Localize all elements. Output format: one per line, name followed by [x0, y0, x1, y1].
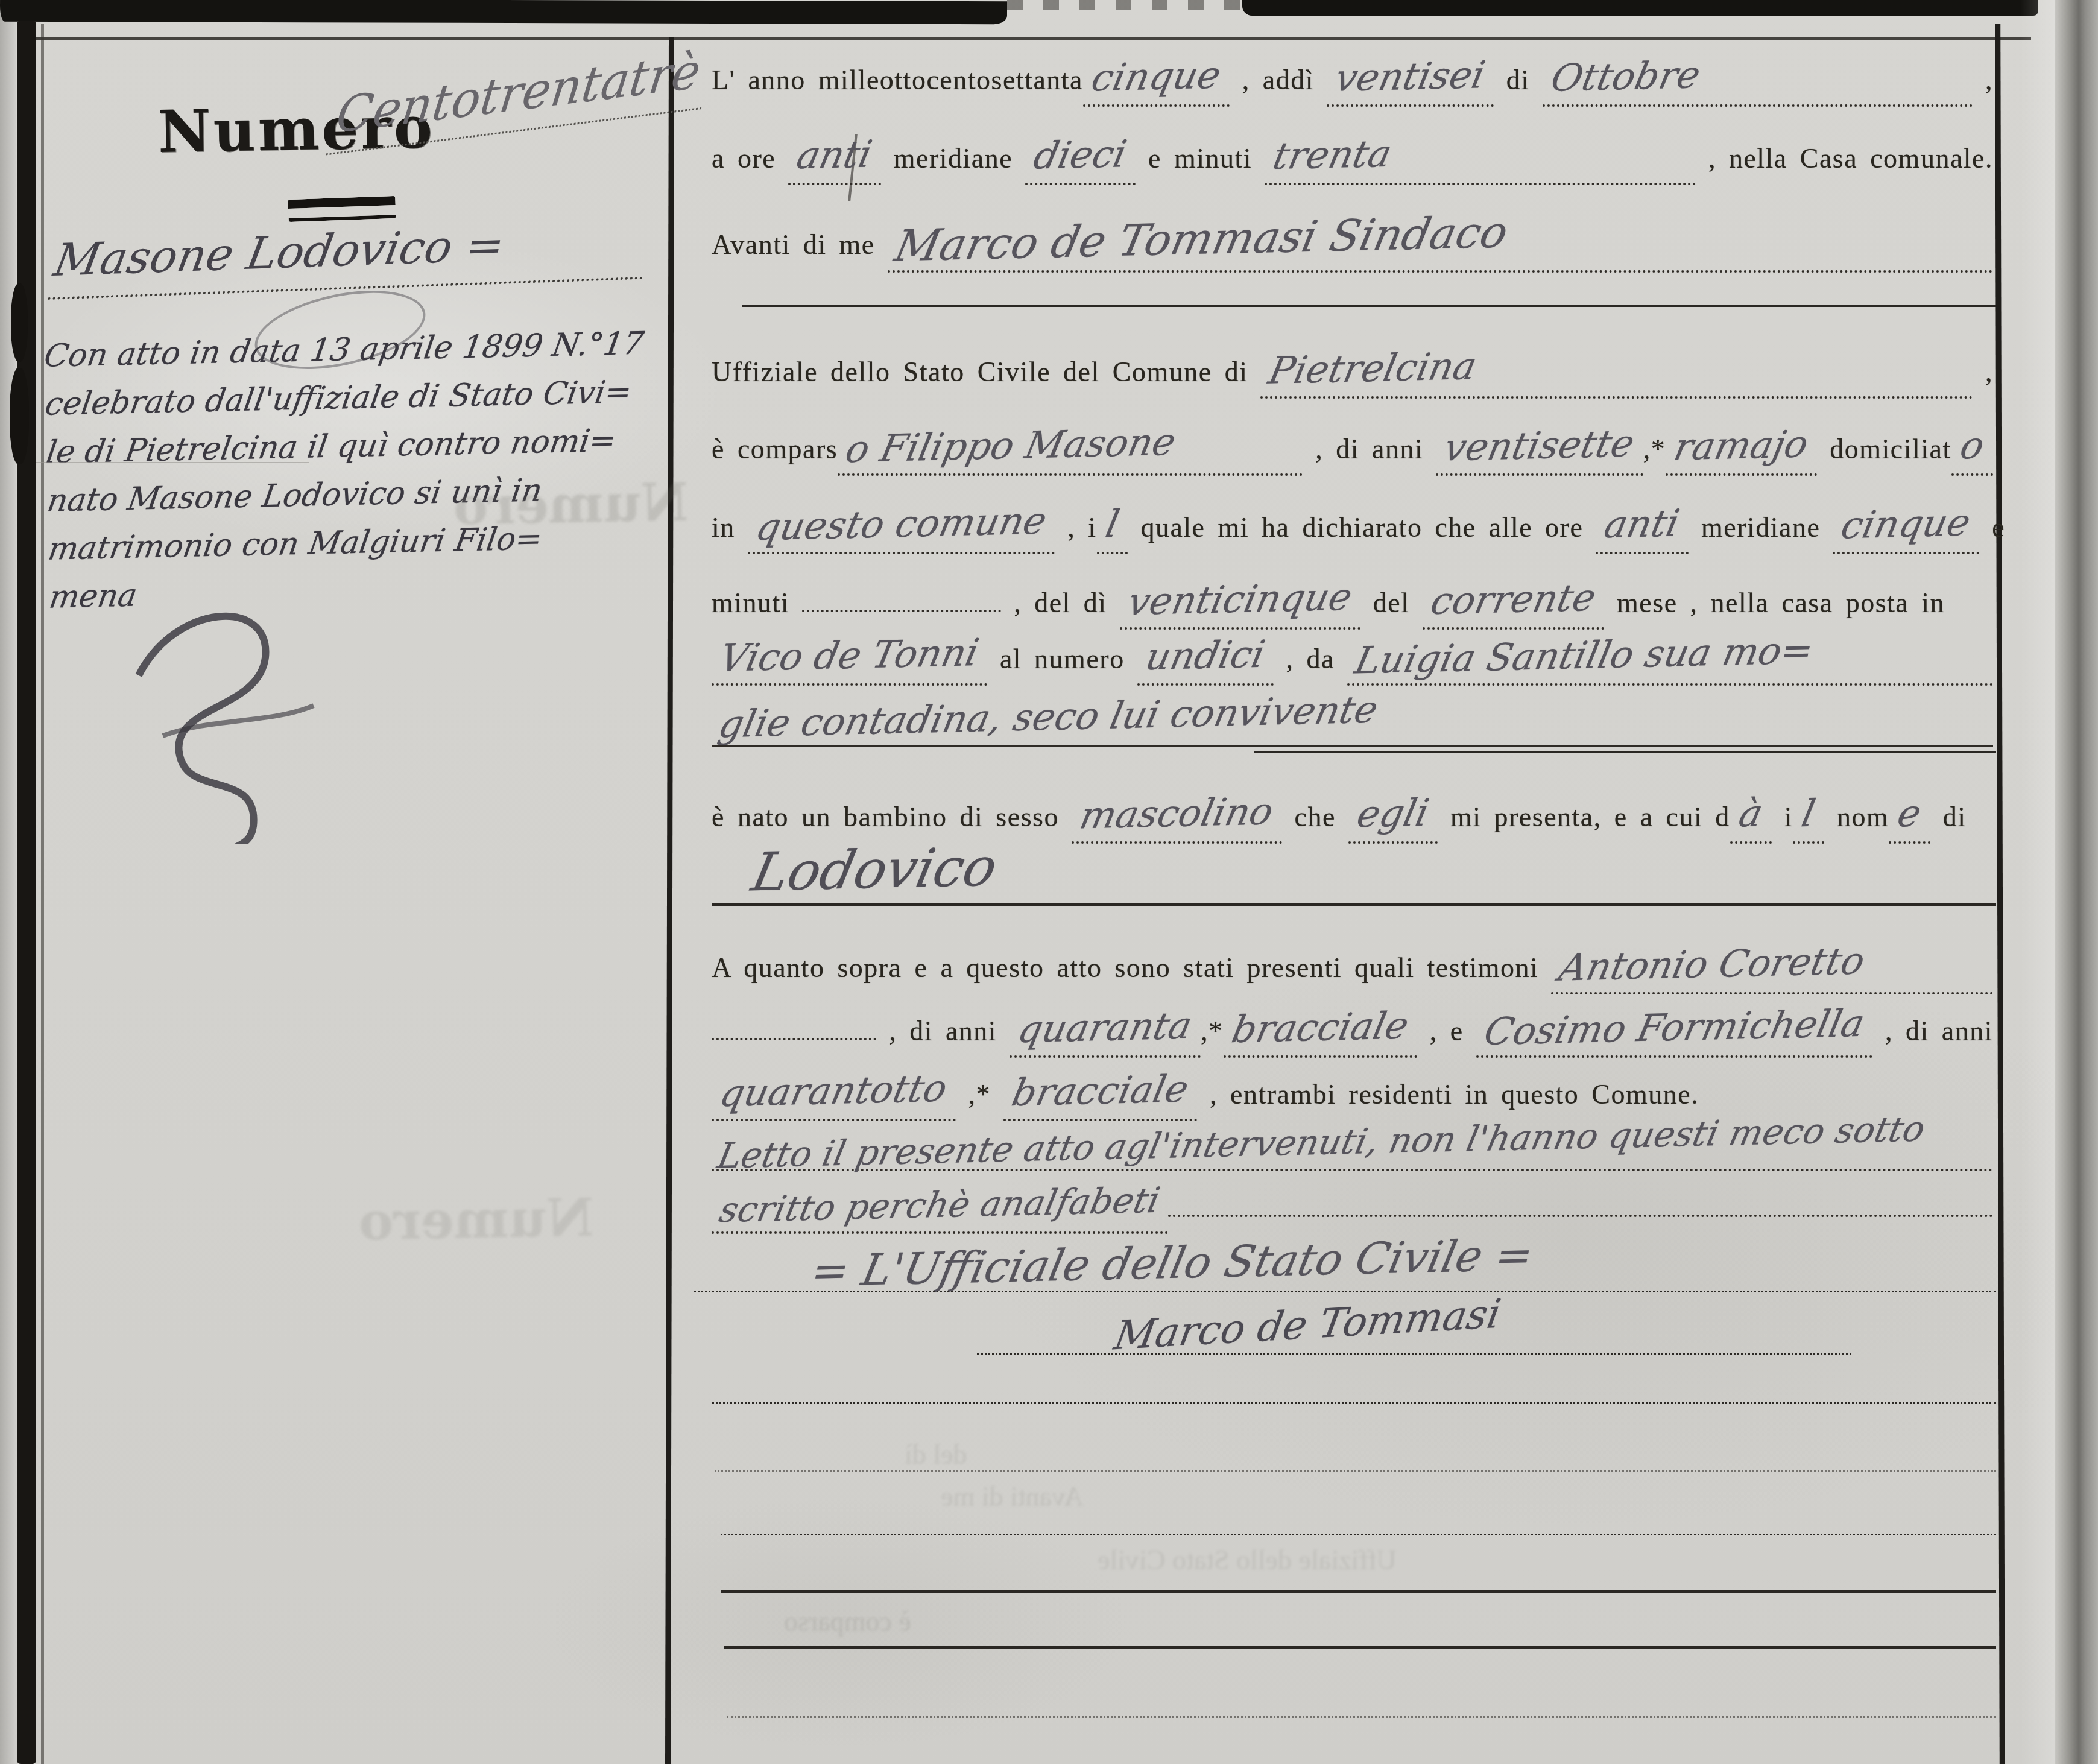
printed-text: Avanti di me: [712, 229, 888, 261]
printed-text: ,*: [956, 1078, 1004, 1110]
left-frame-bar: [17, 21, 36, 1764]
dotted-rule: [712, 1402, 1996, 1404]
handwritten-entry: glie contadina, seco lui convivente: [715, 688, 1382, 747]
printed-text: ,*: [1201, 1015, 1224, 1047]
record-name-handwritten: Masone Lodovico =: [48, 214, 654, 300]
handwritten-entry: o: [1956, 423, 1988, 468]
printed-text: è nato un bambino di sesso: [712, 801, 1072, 833]
handwritten-entry: corrente: [1427, 575, 1599, 623]
ink-blob: [11, 283, 28, 362]
margin-annotation: Con atto in data 13 aprile 1899 N.°17 ce…: [44, 319, 662, 621]
handwritten-entry: dieci: [1030, 131, 1131, 177]
handwritten-witness1-occupation: bracciale: [1228, 1004, 1412, 1052]
handwritten-official-name: Marco de Tommasi Sindaco: [891, 207, 1512, 271]
body-line-birthdate: minuti , del dì venticinque del corrente…: [712, 576, 1993, 630]
printed-text: Uffiziale dello Stato Civile del Comune …: [712, 356, 1260, 388]
handwritten-entry: ventisei: [1332, 52, 1489, 100]
body-line-witness1: , di anni quaranta ,* bracciale , e Cosi…: [712, 1004, 1993, 1058]
bottom-rule: [727, 1716, 1996, 1718]
faint-pencil-line: [36, 462, 309, 463]
printed-text: L' anno milleottocentosettanta: [712, 64, 1083, 96]
body-line-declarant: è compars o Filippo Masone , di anni ven…: [712, 422, 1993, 476]
handwritten-witness2-occupation: bracciale: [1008, 1067, 1193, 1115]
handwritten-witness1-name: Antonio Coretto: [1555, 938, 1869, 989]
blank-line: [712, 1032, 876, 1040]
top-scan-band-speckle: [1007, 0, 1248, 10]
bottom-rule: [721, 1534, 1996, 1535]
handwritten-comune: Pietrelcina: [1265, 344, 1481, 393]
right-column-rule: [1995, 24, 2005, 1764]
numero-value-handwritten: Centotrentatrè: [326, 42, 709, 156]
body-line-mother: glie contadina, seco lui convivente: [712, 694, 1993, 747]
handwritten-entry: l: [1798, 791, 1819, 835]
body-line-signature: Marco de Tommasi: [1115, 1295, 1500, 1355]
equals-mark: [288, 196, 396, 222]
scanned-birth-record: Numero Centotrentatrè Masone Lodovico = …: [0, 0, 2098, 1764]
printed-text: ,: [1973, 64, 1993, 96]
printed-text: , entrambi residenti in questo Comune.: [1197, 1078, 1699, 1110]
handwritten-entry: egli: [1353, 791, 1433, 836]
printed-text: , di anni: [876, 1015, 1010, 1047]
registrar-flourish: [90, 591, 344, 844]
printed-text: , i: [1055, 511, 1096, 543]
handwritten-entry: trenta: [1269, 131, 1395, 178]
body-line-address: Vico de Tonni al numero undici , da Luig…: [712, 632, 1993, 686]
handwritten-closing: scritto perchè analfabeti: [716, 1180, 1163, 1230]
top-scan-band-left: [0, 0, 1007, 24]
bleedthrough-text: Avanti di me: [941, 1481, 1084, 1513]
torn-page-edge: [0, 0, 16, 1764]
top-scan-band-right: [1242, 0, 2038, 16]
printed-text: nom: [1824, 801, 1889, 833]
printed-text: , da: [1274, 643, 1347, 675]
body-line-closing1: Letto il presente atto agl'intervenuti, …: [712, 1121, 1993, 1171]
printed-text: , nella Casa comunale.: [1696, 142, 1993, 174]
left-frame-thin-line: [41, 24, 44, 1764]
bleedthrough-text: è comparso: [784, 1605, 911, 1637]
blank-line: [1168, 1209, 1993, 1217]
handwritten-witness2-age: quarantotto: [716, 1066, 951, 1115]
dotted-rule: [694, 1291, 1996, 1292]
body-line-closing2: scritto perchè analfabeti: [712, 1183, 1993, 1234]
handwritten-officer-title: = L'Ufficiale dello Stato Civile =: [807, 1230, 1538, 1297]
top-border-line: [17, 37, 2031, 40]
printed-text: del: [1360, 587, 1423, 619]
page-fold-highlight: [2020, 0, 2055, 1764]
handwritten-entry: anti: [1600, 501, 1683, 547]
printed-text: è compars: [712, 433, 838, 465]
handwritten-witness1-age: quaranta: [1014, 1004, 1196, 1051]
printed-text: ,*: [1643, 433, 1666, 465]
printed-text: i: [1772, 801, 1793, 833]
body-line-officer-title: = L'Ufficiale dello Stato Civile =: [814, 1238, 1531, 1288]
handwritten-entry: l: [1102, 502, 1123, 546]
printed-text: A quanto sopra e a questo atto sono stat…: [712, 952, 1551, 984]
blank-line: [802, 604, 1001, 612]
handwritten-entry: e: [1894, 791, 1925, 836]
bleedthrough-text: Uffiziale dello Stato Civile: [1098, 1544, 1397, 1576]
handwritten-entry: cinque: [1088, 53, 1225, 100]
printed-text: , del dì: [1001, 587, 1119, 619]
body-line-year-date: L' anno milleottocentosettanta cinque , …: [712, 53, 1993, 107]
printed-text: , addì: [1230, 64, 1327, 96]
printed-text: , e: [1417, 1015, 1476, 1047]
body-line-official: Avanti di me Marco de Tommasi Sindaco: [712, 212, 1993, 273]
bleedthrough-numero: Numero: [358, 1187, 594, 1253]
body-line-child-name: Lodovico: [754, 838, 996, 900]
handwritten-witness2-name: Cosimo Formichella: [1480, 1001, 1868, 1054]
printed-text: di: [1930, 801, 1967, 833]
printed-text: , di anni: [1872, 1015, 1993, 1047]
dotted-rule: [977, 1353, 1851, 1355]
blank-continuation-rule: [742, 305, 1996, 307]
printed-text: mese , nella casa posta in: [1604, 587, 1945, 619]
printed-text: quale mi ha dichiarato che alle ore: [1128, 511, 1596, 543]
handwritten-entry: questo comune: [752, 499, 1051, 549]
officer-signature: Marco de Tommasi: [1111, 1290, 1504, 1359]
body-line-sex: è nato un bambino di sesso mascolino che…: [712, 790, 1993, 844]
handwritten-house-number: undici: [1142, 632, 1269, 678]
printed-text: che: [1282, 801, 1348, 833]
bottom-rule: [721, 1590, 1996, 1593]
printed-text: in: [712, 511, 748, 543]
bottom-rule: [724, 1646, 1996, 1649]
printed-text: e minuti: [1136, 142, 1265, 174]
printed-text: e: [1979, 511, 2005, 543]
body-line-comune: Uffiziale dello Stato Civile del Comune …: [712, 345, 1993, 399]
bleedthrough-text: del dì: [905, 1438, 967, 1470]
handwritten-street: Vico de Tonni: [716, 630, 982, 680]
name-underline-rule: [712, 903, 1996, 906]
printed-text: ,: [1973, 356, 1993, 388]
handwritten-entry: Ottobre: [1547, 52, 1704, 100]
page-edge-shadow: [2055, 0, 2098, 1764]
printed-text: a ore: [712, 142, 788, 174]
ink-blob: [10, 368, 29, 464]
body-line-witnesses: A quanto sopra e a questo atto sono stat…: [712, 941, 1993, 994]
bleedthrough-numero: Numero: [453, 472, 689, 537]
handwritten-entry: à: [1735, 791, 1766, 836]
handwritten-age: ventisette: [1441, 421, 1638, 469]
handwritten-entry: anti: [793, 132, 876, 178]
blank-continuation-rule: [1254, 751, 1996, 753]
printed-text: minuti: [712, 587, 802, 619]
column-divider-rule: [665, 37, 674, 1764]
printed-text: mi presenta, e a cui d: [1438, 801, 1730, 833]
printed-text: al numero: [987, 643, 1137, 675]
handwritten-day: venticinque: [1124, 575, 1356, 624]
handwritten-mother-name: Luigia Santillo sua mo=: [1351, 628, 1818, 682]
printed-text: meridiane: [881, 142, 1025, 174]
handwritten-declarant-name: o Filippo Masone: [842, 420, 1180, 471]
handwritten-sex: mascolino: [1076, 789, 1277, 837]
printed-text: meridiane: [1689, 511, 1833, 543]
handwritten-occupation: ramajo: [1670, 422, 1812, 469]
body-line-declaration: in questo comune , i l quale mi ha dichi…: [712, 501, 1993, 554]
body-line-hour: a ore anti meridiane dieci e minuti tren…: [712, 131, 1993, 185]
handwritten-child-name: Lodovico: [747, 835, 1002, 903]
handwritten-entry: cinque: [1837, 501, 1974, 548]
printed-text: domiciliat: [1817, 433, 1951, 465]
printed-text: , di anni: [1303, 433, 1436, 465]
printed-text: di: [1494, 64, 1543, 96]
